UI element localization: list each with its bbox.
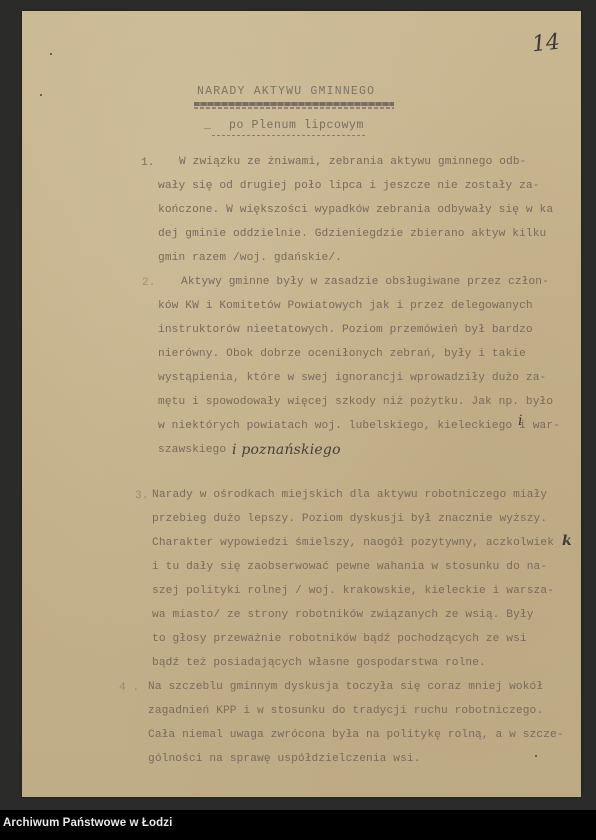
- paragraph-4-line-1: Na szczeblu gminnym dyskusja toczyła się…: [148, 682, 543, 693]
- document-viewer: 14 NARADY AKTYWU GMINNEGO _ po Plenum li…: [0, 0, 596, 810]
- paragraph-2-line-6: mętu i spowodowały więcej szkody niż poż…: [158, 397, 553, 408]
- paragraph-number: 3.: [135, 490, 148, 502]
- paragraph-4-line-4: gólności na sprawę uspółdzielczenia wsi.: [148, 754, 421, 765]
- subtitle-prefix: _: [204, 119, 211, 132]
- paragraph-3-line-7: to głosy przeważnie robotników bądź poch…: [152, 634, 527, 645]
- paragraph-number: 2.: [142, 277, 155, 289]
- paragraph-2-line-1: Aktywy gminne były w zasadzie obsługiwan…: [181, 277, 549, 288]
- handwritten-mark: k: [562, 533, 572, 549]
- paragraph-3-line-5: szej polityki rolnej / woj. krakowskie, …: [152, 586, 554, 597]
- paper-speck: [535, 755, 537, 757]
- handwritten-mark: i: [518, 413, 522, 429]
- title-underline-secondary: [194, 107, 394, 109]
- paragraph-3-line-4: i tu dały się zaobserwować pewne wahania…: [152, 562, 547, 573]
- title-underline: [194, 102, 394, 106]
- paper-speck: [40, 94, 42, 96]
- paragraph-3-line-1: Narady w ośrodkach miejskich dla aktywu …: [152, 490, 547, 501]
- paragraph-3-line-8: bądź też posiadających własne gospodarst…: [152, 658, 486, 669]
- paragraph-2-line-8: szawskiego: [158, 445, 226, 456]
- document-page: 14 NARADY AKTYWU GMINNEGO _ po Plenum li…: [22, 11, 581, 797]
- paragraph-3-line-3: Charakter wypowiedzi śmielszy, naogół po…: [152, 538, 554, 549]
- paragraph-2-line-4: nierówny. Obok dobrze oceniłonych zebrań…: [158, 349, 526, 360]
- paragraph-4-line-3: Cała niemal uwaga zwrócona była na polit…: [148, 730, 564, 741]
- paper-speck: [50, 53, 52, 55]
- paragraph-2-line-7: w niektórych powiatach woj. lubelskiego,…: [158, 421, 560, 432]
- handwritten-addition: i poznańskiego: [232, 442, 341, 458]
- paragraph-1-line-1: W związku ze żniwami, zebrania aktywu gm…: [179, 157, 527, 168]
- paragraph-1-line-4: dej gminie oddzielnie. Gdzieniegdzie zbi…: [158, 229, 546, 240]
- paragraph-number: 4 .: [119, 682, 139, 694]
- archive-caption: Archiwum Państwowe w Łodzi: [3, 817, 172, 829]
- document-title: NARADY AKTYWU GMINNEGO: [197, 85, 375, 98]
- paragraph-number: 1.: [141, 157, 154, 169]
- subtitle-underline: [212, 135, 367, 136]
- paragraph-1-line-3: kończone. W większości wypadków zebrania…: [158, 205, 553, 216]
- paragraph-3-line-6: wa miasto/ ze strony robotników związany…: [152, 610, 534, 621]
- paragraph-2-line-5: wystąpienia, które w swej ignorancji wpr…: [158, 373, 546, 384]
- document-subtitle: po Plenum lipcowym: [229, 119, 364, 132]
- paragraph-1-line-2: wały się od drugiej poło lipca i jeszcze…: [158, 181, 540, 192]
- paragraph-3-line-2: przebieg dużo lepszy. Poziom dyskusji by…: [152, 514, 547, 525]
- paragraph-1-line-5: gmin razem /woj. gdańskie/.: [158, 253, 342, 264]
- paragraph-2-line-2: ków KW i Komitetów Powiatowych jak i prz…: [158, 301, 533, 312]
- paragraph-4-line-2: zagadnień KPP i w stosunku do tradycji r…: [148, 706, 543, 717]
- paragraph-2-line-3: instruktorów nieetatowych. Poziom przemó…: [158, 325, 533, 336]
- page-number: 14: [531, 30, 561, 58]
